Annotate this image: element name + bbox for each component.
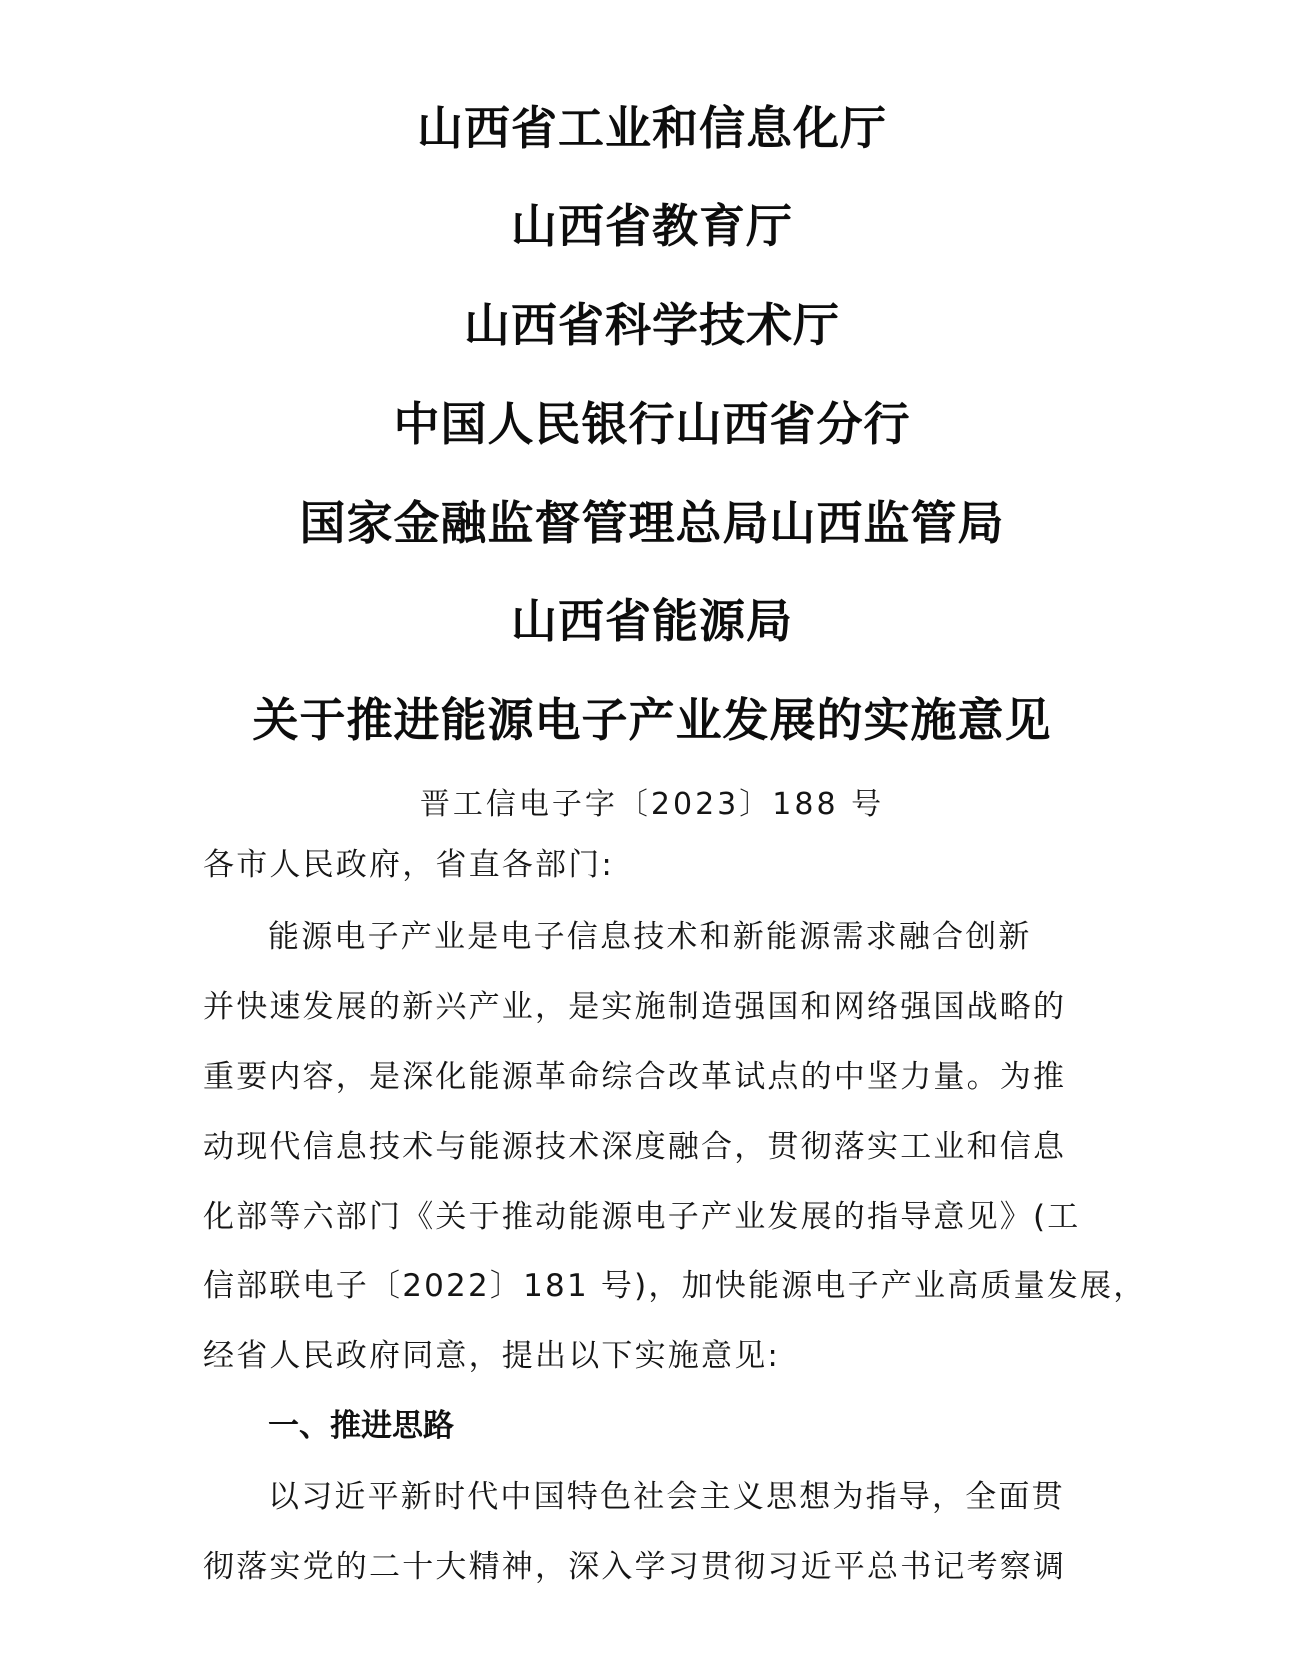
intro-line-4: 动现代信息技术与能源技术深度融合，贯彻落实工业和信息 (203, 1125, 1133, 1169)
document-page: 山西省工业和信息化厅 山西省教育厅 山西省科学技术厅 中国人民银行山西省分行 国… (0, 0, 1304, 1674)
issuer-1: 山西省工业和信息化厅 (0, 98, 1304, 158)
intro-line-7: 经省人民政府同意，提出以下实施意见: (203, 1334, 1133, 1378)
intro-line-6: 信部联电子〔2022〕181 号)，加快能源电子产业高质量发展， (203, 1264, 1133, 1308)
issuer-5: 国家金融监督管理总局山西监管局 (0, 493, 1304, 553)
document-title: 关于推进能源电子产业发展的实施意见 (0, 690, 1304, 750)
issuer-4: 中国人民银行山西省分行 (0, 394, 1304, 454)
intro-line-5: 化部等六部门《关于推动能源电子产业发展的指导意见》(工 (203, 1195, 1133, 1239)
addressee: 各市人民政府，省直各部门: (203, 843, 1133, 887)
section-heading-1: 一、推进思路 (268, 1404, 454, 1448)
intro-line-2: 并快速发展的新兴产业，是实施制造强国和网络强国战略的 (203, 985, 1133, 1029)
section-1-line-1: 以习近平新时代中国特色社会主义思想为指导，全面贯 (268, 1475, 1198, 1519)
intro-line-3: 重要内容，是深化能源革命综合改革试点的中坚力量。为推 (203, 1055, 1133, 1099)
issuer-6: 山西省能源局 (0, 591, 1304, 651)
intro-line-1: 能源电子产业是电子信息技术和新能源需求融合创新 (268, 915, 1198, 959)
issuer-2: 山西省教育厅 (0, 196, 1304, 256)
issuer-3: 山西省科学技术厅 (0, 295, 1304, 355)
section-1-line-2: 彻落实党的二十大精神，深入学习贯彻习近平总书记考察调 (203, 1545, 1133, 1589)
document-number: 晋工信电子字〔2023〕188 号 (0, 783, 1304, 827)
